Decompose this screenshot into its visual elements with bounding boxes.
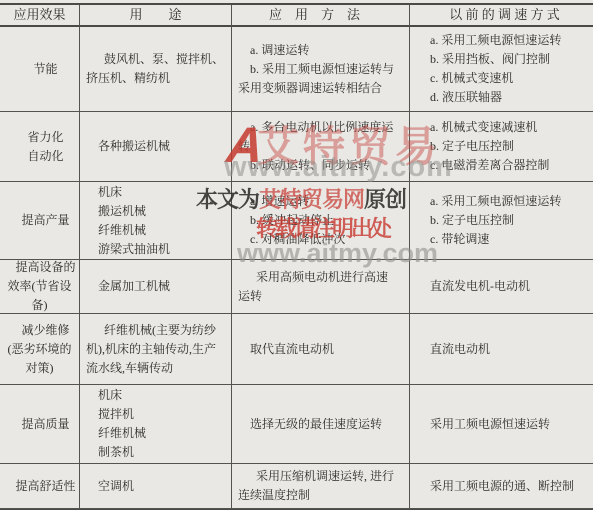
row2-usage-cell: 各种搬运机械: [80, 112, 232, 182]
row7-usage-cell: 空调机: [80, 464, 232, 509]
row2-method-cell: a. 多台电动机以比例速度运转b. 联动运转、同步运转: [232, 112, 410, 182]
row3-method-cell: a. 增速运转b. 缓冲起动停止c. 对稠油降低冲次: [232, 182, 410, 260]
row5-usage-cell: 纤维机械(主要为纺纱机),机床的主轴传动,生产流水线,车辆传动: [80, 314, 232, 385]
speed-control-comparison-table: 应用效果 用 途 应 用 方 法 以 前 的 调 速 方 式 节能 鼓风机、泵、…: [0, 3, 593, 510]
header-application-method: 应 用 方 法: [232, 5, 410, 27]
header-previous-method: 以 前 的 调 速 方 式: [410, 5, 593, 27]
row3-usage-cell: 机床搬运机械纤维机械游梁式抽油机: [80, 182, 232, 260]
row5-previous-cell: 直流电动机: [410, 314, 593, 385]
row1-previous-cell: a. 采用工频电源恒速运转b. 采用挡板、阀门控制c. 机械式变速机d. 液压联…: [410, 27, 593, 112]
row2-previous-cell: a. 机械式变速减速机b. 定子电压控制c. 电磁滑差离合器控制: [410, 112, 593, 182]
row3-effect-cell: 提高产量: [0, 182, 80, 260]
row3-previous-cell: a. 采用工频电源恒速运转b. 定子电压控制c. 带轮调速: [410, 182, 593, 260]
row6-effect-cell: 提高质量: [0, 385, 80, 464]
row7-previous-cell: 采用工频电源的通、断控制: [410, 464, 593, 509]
row4-previous-cell: 直流发电机-电动机: [410, 260, 593, 314]
row6-usage-cell: 机床搅拌机纤维机械制茶机: [80, 385, 232, 464]
row4-effect-cell: 提高设备的效率(节省设备): [0, 260, 80, 314]
row5-method-cell: 取代直流电动机: [232, 314, 410, 385]
row1-effect-cell: 节能: [0, 27, 80, 112]
row2-effect-cell: 省力化自动化: [0, 112, 80, 182]
row1-method-cell: a. 调速运转b. 采用工频电源恒速运转与采用变频器调速运转相结合: [232, 27, 410, 112]
row7-method-cell: 采用压缩机调速运转, 进行连续温度控制: [232, 464, 410, 509]
row4-usage-cell: 金属加工机械: [80, 260, 232, 314]
header-usage: 用 途: [80, 5, 232, 27]
row6-method-cell: 选择无级的最佳速度运转: [232, 385, 410, 464]
row5-effect-cell: 减少维修(恶劣环境的对策): [0, 314, 80, 385]
header-application-effect: 应用效果: [0, 5, 80, 27]
row1-usage-cell: 鼓风机、泵、搅拌机、挤压机、精纺机: [80, 27, 232, 112]
row6-previous-cell: 采用工频电源恒速运转: [410, 385, 593, 464]
scanned-document-page: 应用效果 用 途 应 用 方 法 以 前 的 调 速 方 式 节能 鼓风机、泵、…: [0, 0, 593, 510]
row7-effect-cell: 提高舒适性: [0, 464, 80, 509]
row4-method-cell: 采用高频电动机进行高速运转: [232, 260, 410, 314]
